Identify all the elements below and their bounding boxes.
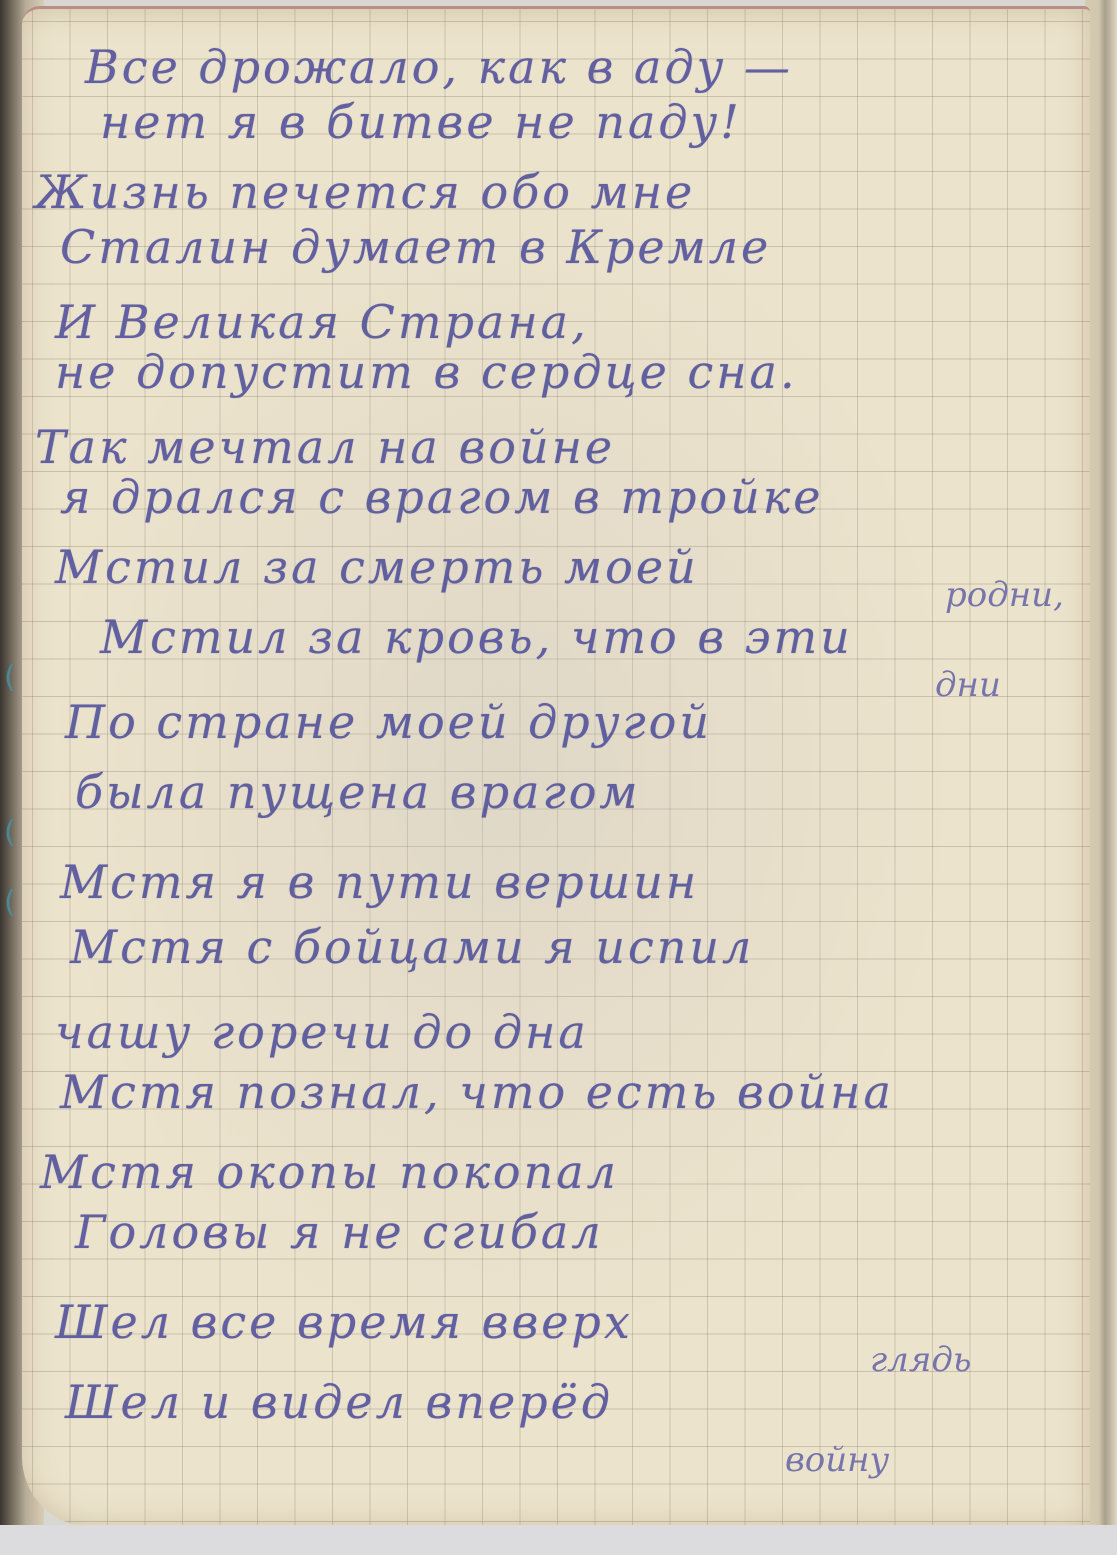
handwritten-line: Мстя окопы покопал xyxy=(40,1145,619,1199)
handwritten-line: Сталин думает в Кремле xyxy=(60,220,771,274)
handwritten-line: Мстя с бойцами я испил xyxy=(70,920,754,974)
scan-background xyxy=(0,1525,1117,1555)
margin-ink-mark: ( xyxy=(4,660,16,695)
margin-ink-mark: ( xyxy=(4,885,16,920)
handwritten-line: Мстя познал, что есть война xyxy=(60,1065,894,1119)
handwritten-line: я дрался с врагом в тройке xyxy=(60,470,823,524)
handwritten-line: Шел и видел вперёд xyxy=(65,1375,613,1429)
handwritten-line: Головы я не сгибал xyxy=(75,1205,604,1259)
handwritten-line: была пущена врагом xyxy=(75,765,641,819)
handwritten-line: Мстил за кровь, что в эти xyxy=(100,610,853,664)
handwritten-annotation: родни, xyxy=(945,575,1064,615)
handwritten-line: не допустит в сердце сна. xyxy=(55,345,798,399)
handwritten-line: нет я в битве не паду! xyxy=(100,95,742,149)
margin-ink-mark: ( xyxy=(4,815,16,850)
handwritten-annotation: дни xyxy=(935,665,1001,705)
handwritten-line: Мстил за смерть моей xyxy=(55,540,699,594)
handwritten-line: чашу горечи до дна xyxy=(55,1005,589,1059)
handwritten-line: Жизнь печется обо мне xyxy=(35,165,695,219)
handwritten-line: По стране моей другой xyxy=(65,695,712,749)
handwritten-line: Все дрожало, как в аду — xyxy=(85,40,793,94)
handwritten-annotation: войну xyxy=(785,1440,889,1480)
handwritten-line: Мстя я в пути вершин xyxy=(60,855,699,909)
handwritten-annotation: глядь xyxy=(870,1340,971,1380)
handwritten-line: И Великая Страна, xyxy=(55,295,589,349)
handwritten-line: Шел все время вверх xyxy=(55,1295,633,1349)
handwritten-line: Так мечтал на войне xyxy=(35,420,615,474)
